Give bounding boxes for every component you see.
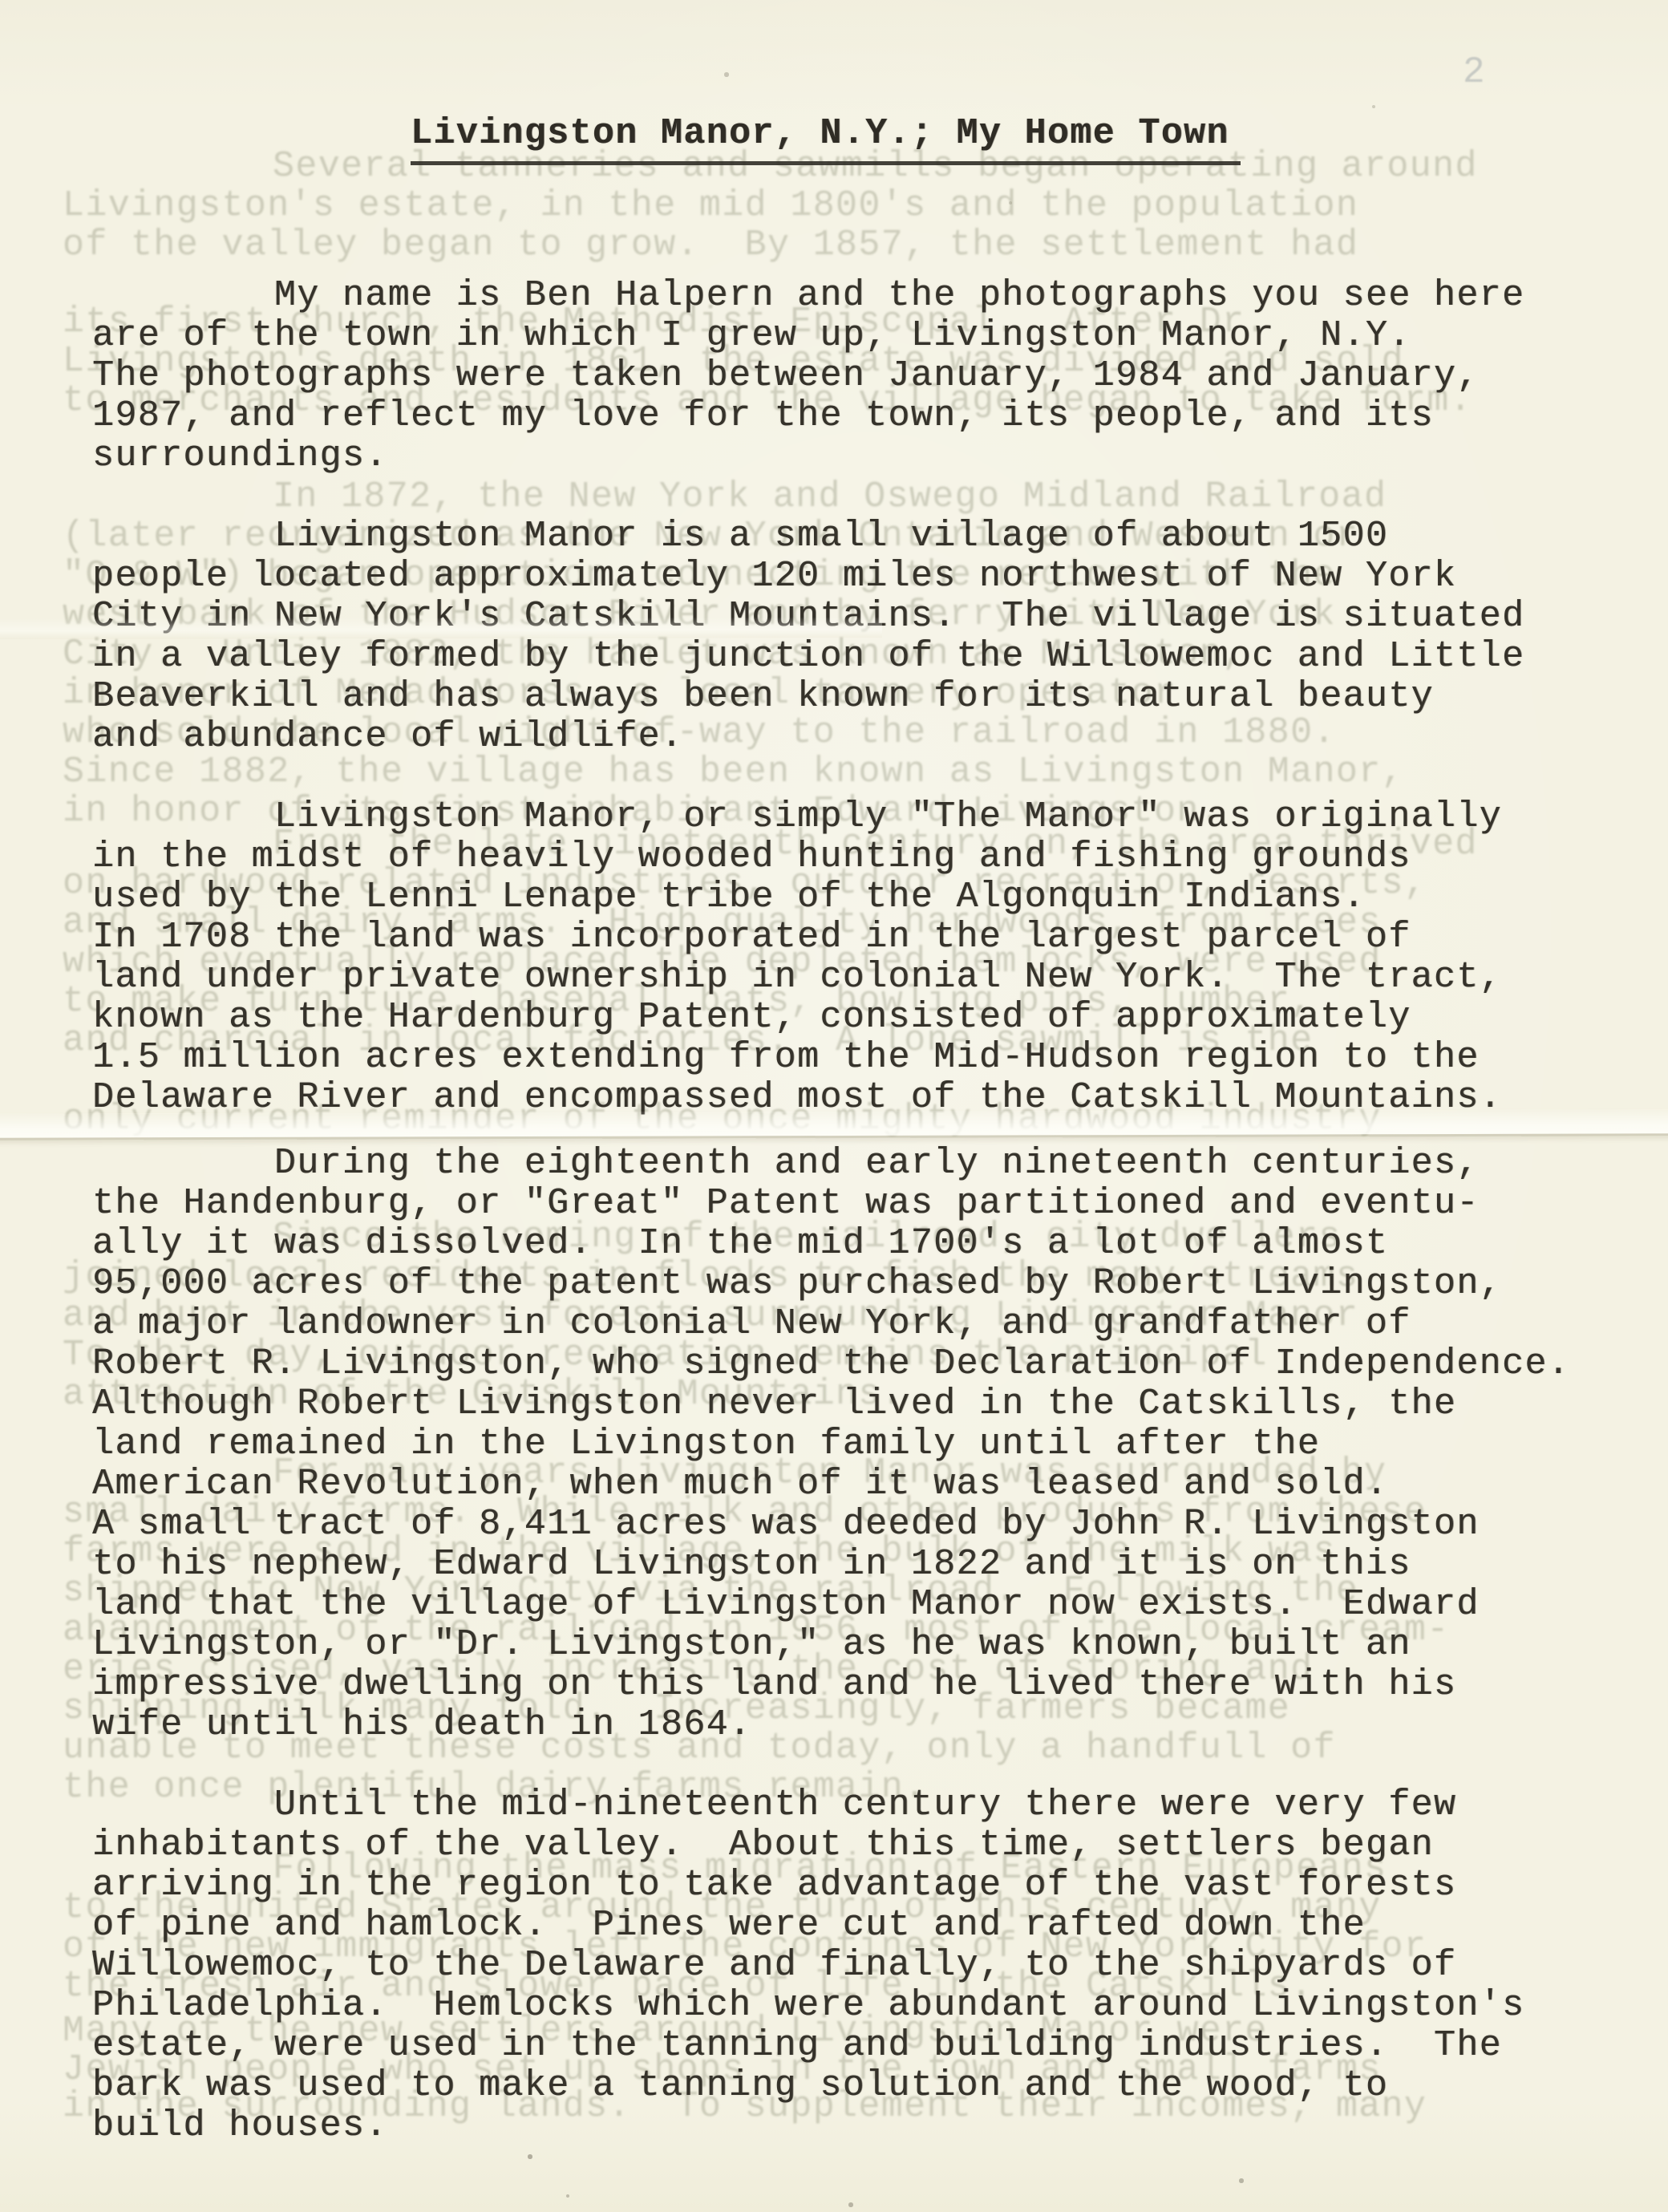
document-page: Several tanneries and sawmills began ope… — [0, 0, 1668, 2212]
page-number-ghost: 2 — [1463, 51, 1485, 93]
text-line: ally it was dissolved. In the mid 1700's… — [92, 1224, 1570, 1264]
text-line: Robert R. Livingston, who signed the Dec… — [92, 1344, 1570, 1384]
text-line: people located approximately 120 miles n… — [92, 557, 1524, 597]
paragraph: Livingston Manor, or simply "The Manor" … — [92, 797, 1502, 1118]
text-line: estate, were used in the tanning and bui… — [92, 2026, 1524, 2066]
ghost-line: Livingston's estate, in the mid 1800's a… — [63, 186, 1358, 226]
text-line: known as the Hardenburg Patent, consiste… — [92, 998, 1502, 1038]
text-line: American Revolution, when much of it was… — [92, 1465, 1570, 1505]
ghost-line: Since 1882, the village has been known a… — [63, 752, 1404, 792]
text-line: Until the mid-nineteenth century there w… — [92, 1785, 1524, 1825]
ghost-line: of the valley began to grow. By 1857, th… — [63, 225, 1358, 265]
text-line: arriving in the region to take advantage… — [92, 1866, 1524, 1906]
text-line: 95,000 acres of the patent was purchased… — [92, 1264, 1570, 1304]
text-line: in a valley formed by the junction of th… — [92, 637, 1524, 677]
text-line: A small tract of 8,411 acres was deeded … — [92, 1505, 1570, 1545]
text-line: land remained in the Livingston family u… — [92, 1424, 1570, 1465]
text-line: used by the Lenni Lenape tribe of the Al… — [92, 877, 1502, 918]
text-line: and abundance of wildlife. — [92, 717, 1524, 757]
paragraph: Livingston Manor is a small village of a… — [92, 517, 1524, 757]
text-line: in the midst of heavily wooded hunting a… — [92, 837, 1502, 877]
text-line: Beaverkill and has always been known for… — [92, 677, 1524, 717]
ghost-line: In 1872, the New York and Oswego Midland… — [273, 477, 1387, 517]
text-line: Delaware River and encompassed most of t… — [92, 1078, 1502, 1118]
text-line: Livingston, or "Dr. Livingston," as he w… — [92, 1625, 1570, 1665]
text-line: wife until his death in 1864. — [92, 1705, 1570, 1745]
text-line: land under private ownership in colonial… — [92, 958, 1502, 998]
text-line: inhabitants of the valley. About this ti… — [92, 1825, 1524, 1866]
text-line: Willowemoc, to the Delaware and finally,… — [92, 1946, 1524, 1986]
text-line: a major landowner in colonial New York, … — [92, 1304, 1570, 1344]
paragraph: During the eighteenth and early nineteen… — [92, 1144, 1570, 1745]
paragraph: Until the mid-nineteenth century there w… — [92, 1785, 1524, 2146]
text-line: are of the town in which I grew up, Livi… — [92, 316, 1524, 356]
text-line: land that the village of Livingston Mano… — [92, 1585, 1570, 1625]
text-line: of pine and hamlock. Pines were cut and … — [92, 1906, 1524, 1946]
text-line: the Handenburg, or "Great" Patent was pa… — [92, 1184, 1570, 1224]
paper-specks — [0, 0, 2, 2]
text-line: During the eighteenth and early nineteen… — [92, 1144, 1570, 1184]
text-line: The photographs were taken between Janua… — [92, 356, 1524, 396]
text-line: My name is Ben Halpern and the photograp… — [92, 276, 1524, 316]
text-line: 1.5 million acres extending from the Mid… — [92, 1038, 1502, 1078]
text-line: Livingston Manor, or simply "The Manor" … — [92, 797, 1502, 837]
text-line: Livingston Manor is a small village of a… — [92, 517, 1524, 557]
text-line: 1987, and reflect my love for the town, … — [92, 396, 1524, 436]
text-line: Philadelphia. Hemlocks which were abunda… — [92, 1986, 1524, 2026]
text-line: surroundings. — [92, 436, 1524, 476]
text-line: impressive dwelling on this land and he … — [92, 1665, 1570, 1705]
text-line: City in New York's Catskill Mountains. T… — [92, 597, 1524, 637]
text-line: Although Robert Livingston never lived i… — [92, 1384, 1570, 1424]
paragraph: My name is Ben Halpern and the photograp… — [92, 276, 1524, 476]
page-title: Livingston Manor, N.Y.; My Home Town — [411, 114, 1241, 165]
text-line: In 1708 the land was incorporated in the… — [92, 918, 1502, 958]
text-line: to his nephew, Edward Livingston in 1822… — [92, 1545, 1570, 1585]
text-line: build houses. — [92, 2106, 1524, 2146]
text-line: bark was used to make a tanning solution… — [92, 2066, 1524, 2106]
